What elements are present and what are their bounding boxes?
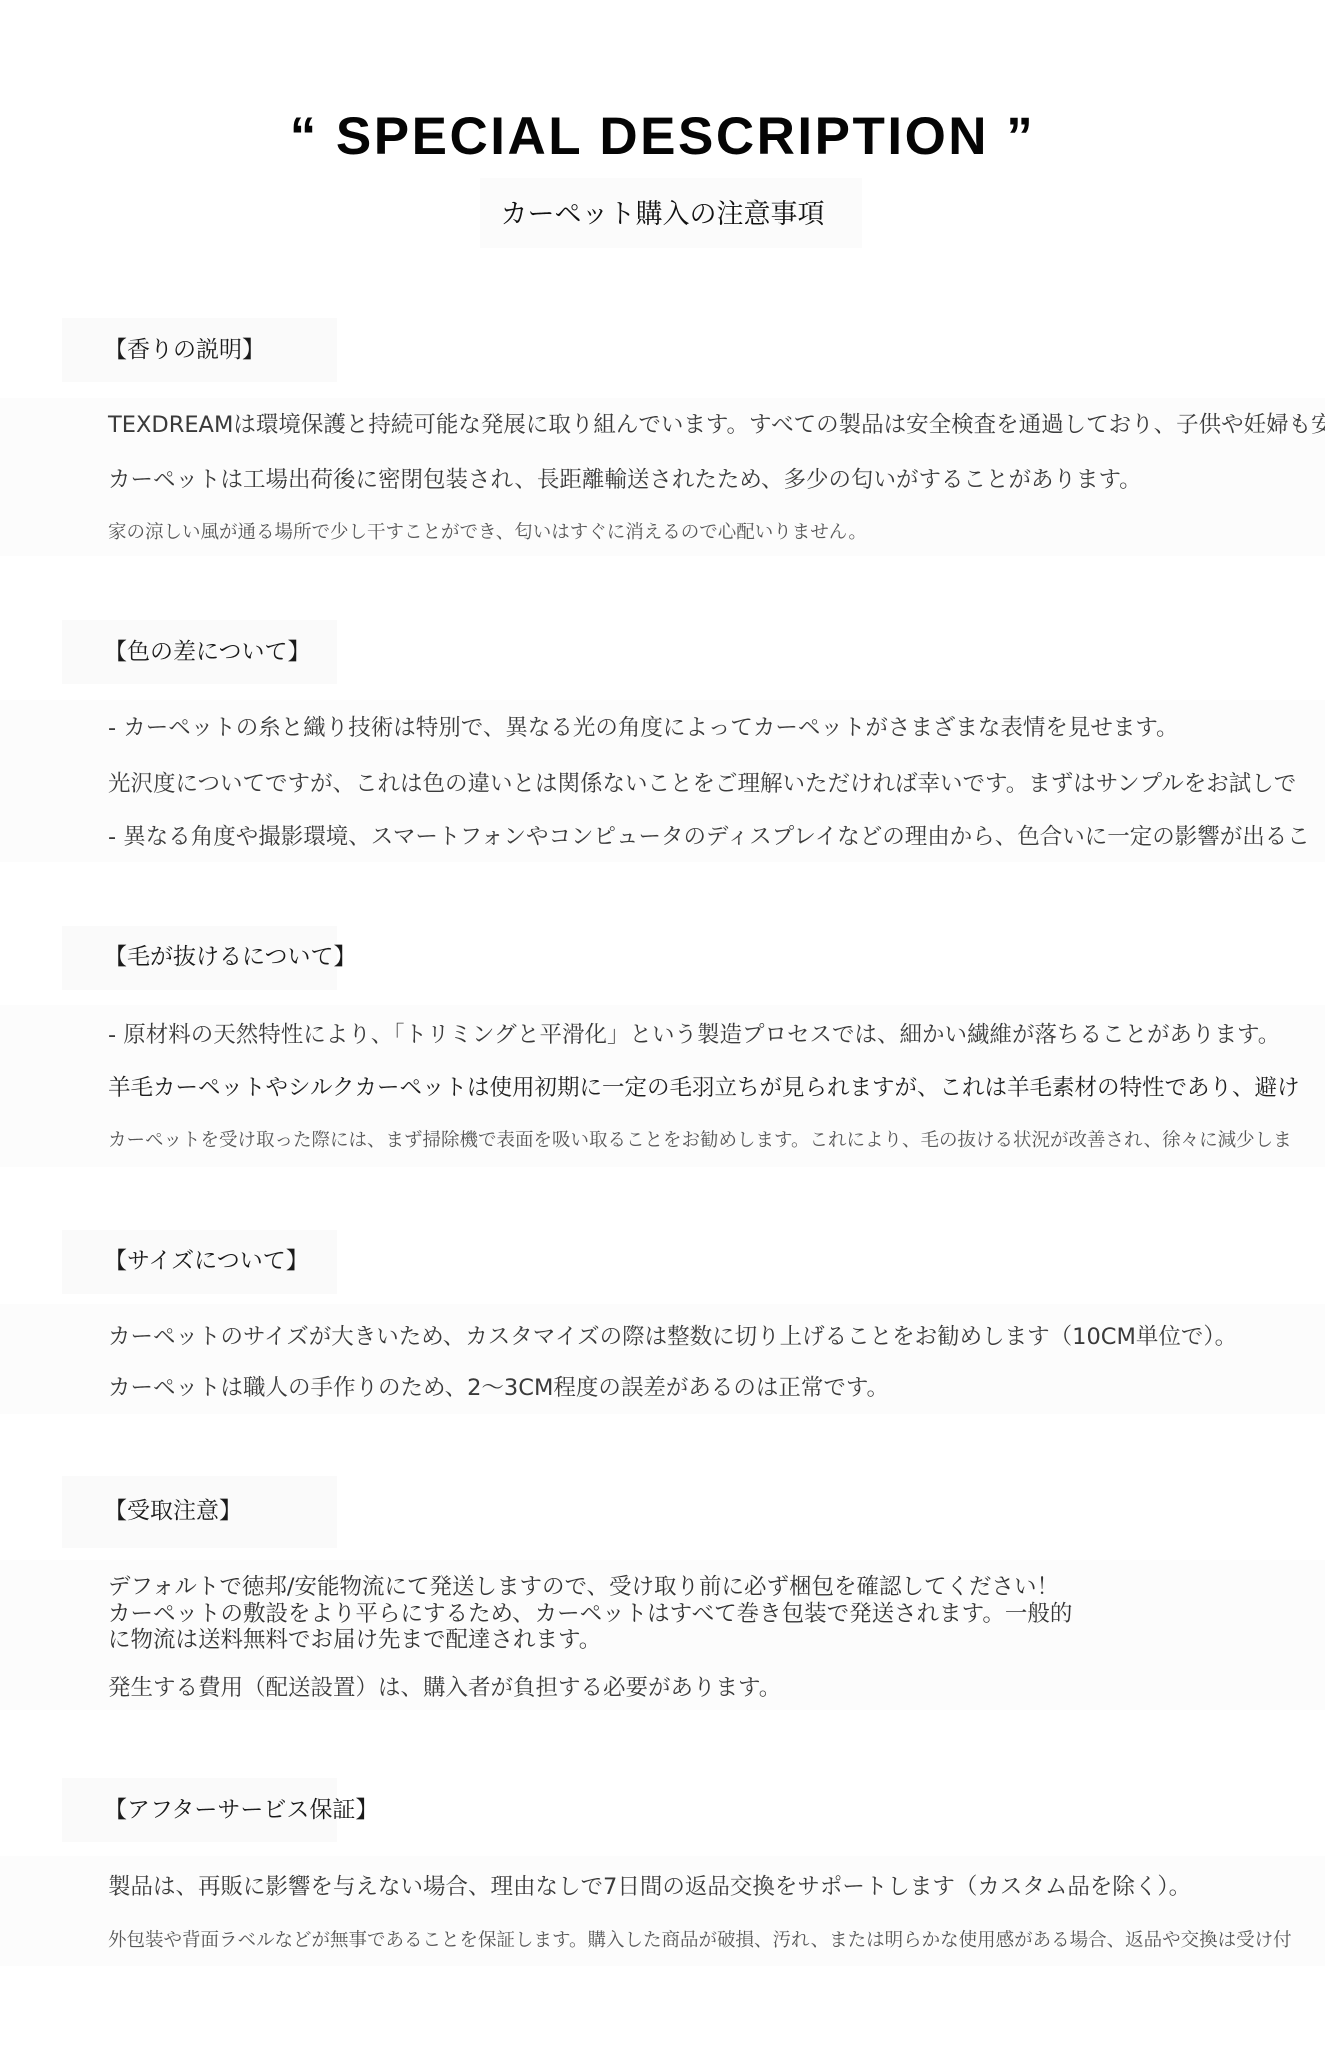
body-line: 羊毛カーペットやシルクカーペットは使用初期に一定の毛羽立ちが見られますが、これは… — [108, 1072, 1300, 1104]
section-heading: 【色の差について】 — [104, 636, 311, 668]
body-line: TEXDREAMは環境保護と持続可能な発展に取り組んでいます。すべての製品は安全… — [108, 409, 1325, 441]
section-heading: 【受取注意】 — [104, 1495, 242, 1527]
body-line: 光沢度についてですが、これは色の違いとは関係ないことをご理解いただければ幸いです… — [108, 768, 1296, 800]
body-line-small: 家の涼しい風が通る場所で少し干すことができ、匂いはすぐに消えるので心配いりません… — [108, 519, 867, 547]
page-subtitle: カーペット購入の注意事項 — [0, 197, 1325, 233]
body-line: 発生する費用（配送設置）は、購入者が負担する必要があります。 — [108, 1672, 781, 1704]
page-title: “ SPECIAL DESCRIPTION ” — [0, 104, 1325, 170]
section-heading: 【アフターサービス保証】 — [104, 1794, 378, 1826]
body-line: - カーペットの糸と織り技術は特別で、異なる光の角度によってカーペットがさまざま… — [108, 712, 1179, 744]
body-line-small: カーペットを受け取った際には、まず掃除機で表面を吸い取ることをお勧めします。これ… — [108, 1127, 1292, 1155]
body-line: - 異なる角度や撮影環境、スマートフォンやコンピュータのディスプレイなどの理由か… — [108, 821, 1310, 853]
body-line: カーペットは工場出荷後に密閉包装され、長距離輸送されたため、多少の匂いがすること… — [108, 464, 1142, 496]
body-line: - 原材料の天然特性により、「トリミングと平滑化」という製造プロセスでは、細かい… — [108, 1019, 1280, 1051]
body-line-small: 外包装や背面ラベルなどが無事であることを保証します。購入した商品が破損、汚れ、ま… — [108, 1927, 1292, 1955]
body-line: カーペットは職人の手作りのため、2〜3CM程度の誤差があるのは正常です。 — [108, 1372, 889, 1404]
body-line: 製品は、再販に影響を与えない場合、理由なしで7日間の返品交換をサポートします（カ… — [108, 1871, 1191, 1903]
section-heading: 【香りの説明】 — [104, 334, 265, 366]
section-heading: 【サイズについて】 — [104, 1245, 309, 1277]
body-line: カーペットのサイズが大きいため、カスタマイズの際は整数に切り上げることをお勧めし… — [108, 1321, 1237, 1353]
section-heading: 【毛が抜けるについて】 — [104, 941, 357, 973]
body-paragraph: デフォルトで徳邦/安能物流にて発送しますので、受け取り前に必ず梱包を確認してくだ… — [108, 1574, 1072, 1654]
